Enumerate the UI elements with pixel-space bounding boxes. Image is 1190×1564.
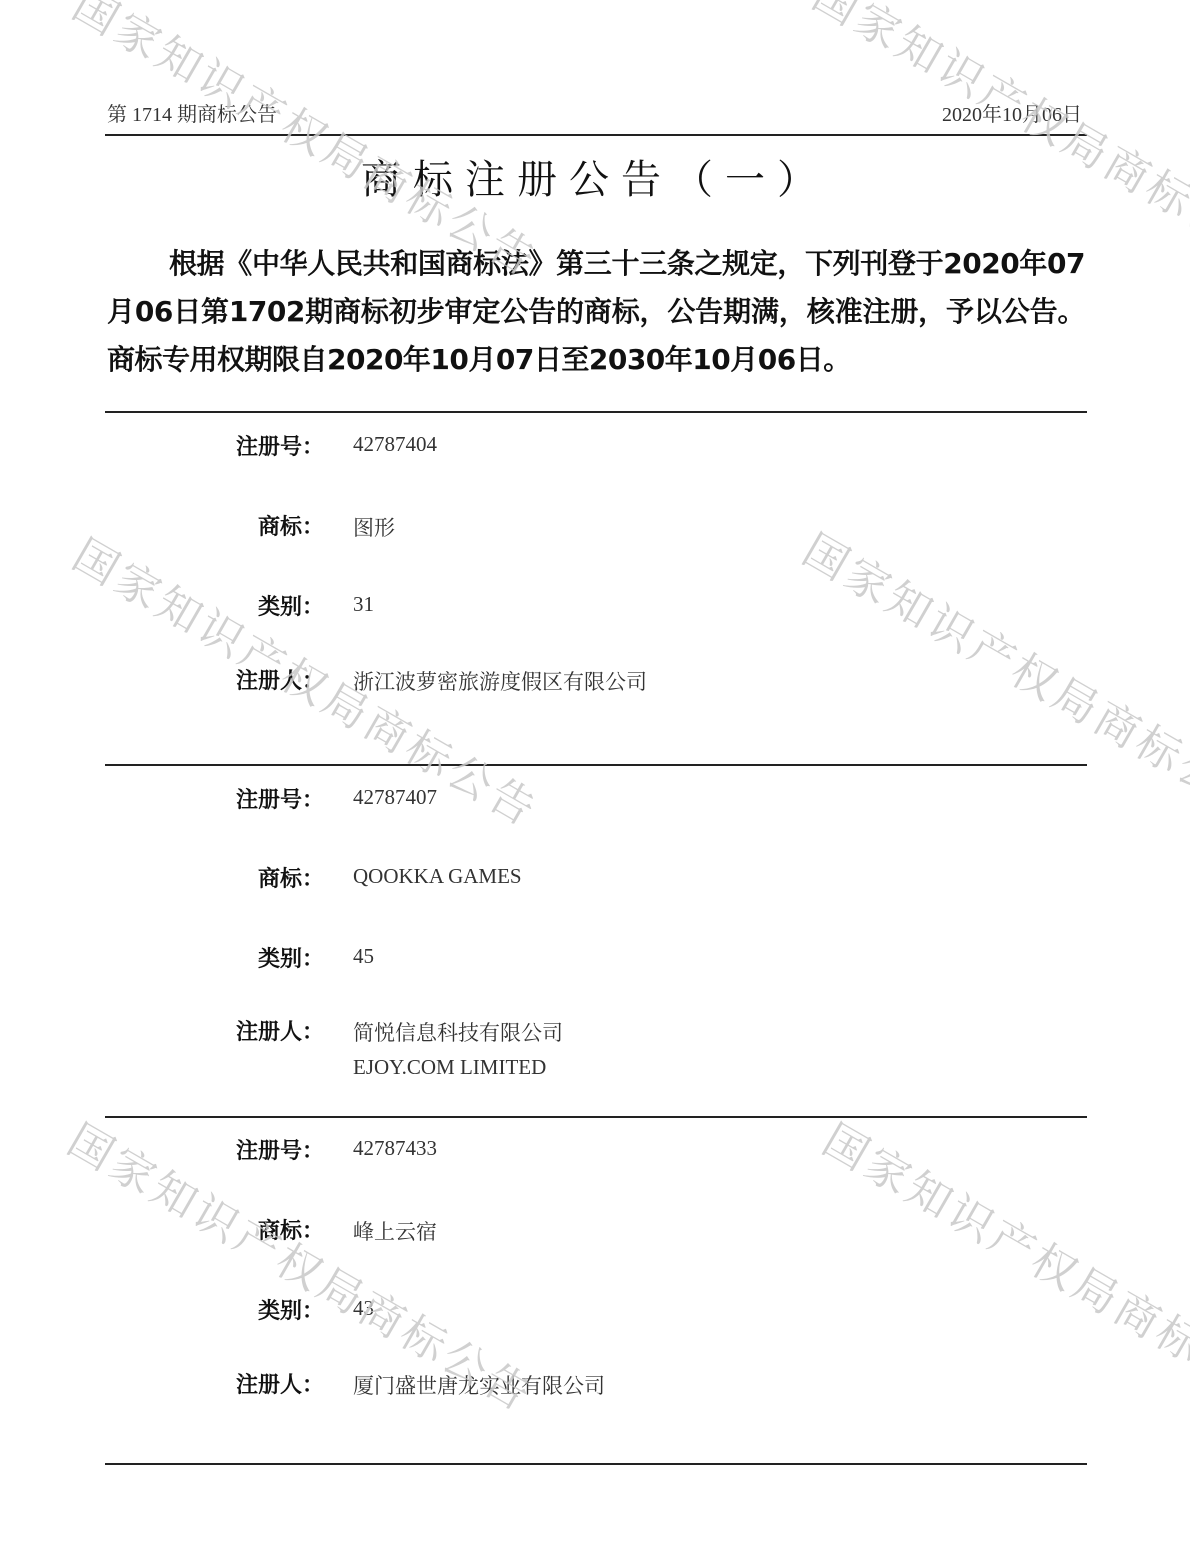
mark-row: 商标： 峰上云宿 [0,1214,1190,1254]
header-divider [105,134,1087,136]
mark-value: QOOKKA GAMES [353,864,522,889]
class-row: 类别： 45 [0,942,1190,982]
registrant-label: 注册人： [236,1015,324,1046]
class-value: 45 [353,944,374,969]
class-row: 类别： 31 [0,590,1190,630]
registrant-value-en: EJOY.COM LIMITED [353,1055,546,1080]
mark-row: 商标： QOOKKA GAMES [0,862,1190,902]
footer-divider [105,1463,1087,1465]
page-title: 商标注册公告（一） [0,148,1190,205]
registrant-label: 注册人： [236,664,324,695]
mark-value: 图形 [353,512,395,542]
mark-label: 商标： [258,1214,324,1245]
reg-no-label: 注册号： [236,783,324,814]
registrant-value: 简悦信息科技有限公司 [353,1017,563,1047]
issue-number: 第 1714 期商标公告 [107,98,277,127]
registrant-row: 注册人： 厦门盛世唐龙实业有限公司 [0,1368,1190,1408]
watermark: 国家知识产权局商标公告 [803,0,1190,279]
reg-no-label: 注册号： [236,430,324,461]
class-label: 类别： [258,590,324,621]
reg-no-row: 注册号： 42787407 [0,783,1190,823]
mark-label: 商标： [258,862,324,893]
mark-value: 峰上云宿 [353,1216,437,1246]
reg-no-value: 42787433 [353,1136,437,1161]
mark-label: 商标： [258,510,324,541]
registrant-row: 注册人： 浙江波萝密旅游度假区有限公司 [0,664,1190,704]
reg-no-label: 注册号： [236,1134,324,1165]
class-row: 类别： 43 [0,1294,1190,1334]
reg-no-row: 注册号： 42787404 [0,430,1190,470]
reg-no-row: 注册号： 42787433 [0,1134,1190,1174]
reg-no-value: 42787404 [353,432,437,457]
entry-divider [105,411,1087,413]
class-value: 31 [353,592,374,617]
mark-row: 商标： 图形 [0,510,1190,550]
intro-paragraph: 根据《中华人民共和国商标法》第三十三条之规定，下列刊登于2020年07月06日第… [107,240,1085,384]
registrant-row: 注册人： 简悦信息科技有限公司 EJOY.COM LIMITED [0,1015,1190,1055]
reg-no-value: 42787407 [353,785,437,810]
class-label: 类别： [258,1294,324,1325]
entry-divider [105,1116,1087,1118]
registrant-value: 厦门盛世唐龙实业有限公司 [353,1370,605,1400]
registrant-value: 浙江波萝密旅游度假区有限公司 [353,666,647,696]
class-value: 43 [353,1296,374,1321]
publication-date: 2020年10月06日 [942,98,1082,127]
registrant-label: 注册人： [236,1368,324,1399]
entry-divider [105,764,1087,766]
class-label: 类别： [258,942,324,973]
